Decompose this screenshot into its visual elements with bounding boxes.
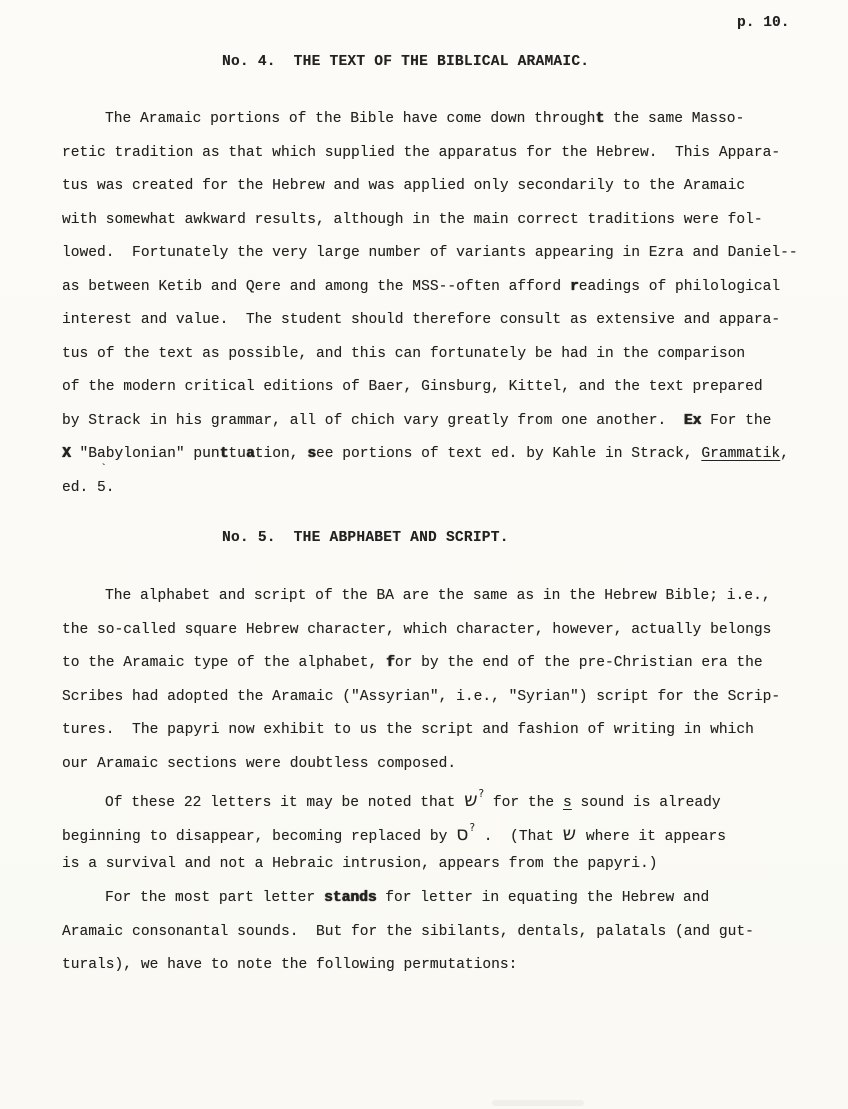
- text-line: by Strack in his grammar, all of chich v…: [62, 405, 798, 439]
- section-5-heading: No. 5. THE ABPHABET AND SCRIPT.: [222, 529, 509, 547]
- text-segment: where it appears: [577, 828, 726, 844]
- text-segment: For the: [701, 413, 771, 429]
- paragraph-permutations: For the most part letter stands for lett…: [62, 882, 754, 983]
- text-line: retic tradition as that which supplied t…: [62, 137, 798, 171]
- text-line: For the most part letter stands for lett…: [62, 882, 754, 916]
- overstrike-letter: a: [246, 446, 255, 462]
- text-segment: is a survival and not a Hebraic intrusio…: [62, 856, 658, 872]
- underlined-s: s: [563, 795, 572, 811]
- paragraph-text-tradition: The Aramaic portions of the Bible have c…: [62, 103, 798, 505]
- text-segment: as between Ketib and Qere and among the …: [62, 279, 570, 295]
- text-line: ed. 5.: [62, 472, 798, 506]
- text-line: interest and value. The student should t…: [62, 304, 798, 338]
- text-segment: ee portions of text ed. by Kahle in Stra…: [316, 446, 701, 462]
- text-line: lowed. Fortunately the very large number…: [62, 237, 798, 271]
- text-segment: . (That: [475, 828, 563, 844]
- query-superscript: ?: [469, 822, 475, 834]
- text-line: Scribes had adopted the Aramaic ("Assyri…: [62, 681, 780, 715]
- text-line: with somewhat awkward results, although …: [62, 204, 798, 238]
- text-line: turals), we have to note the following p…: [62, 949, 754, 983]
- struck-out-letter: X: [62, 446, 71, 462]
- text-segment: Of these 22 letters it may be noted that: [105, 795, 464, 811]
- overstrike-letter: f: [386, 655, 395, 671]
- text-line: is a survival and not a Hebraic intrusio…: [62, 848, 726, 882]
- text-segment: of the modern critical editions of Baer,…: [62, 379, 763, 395]
- text-line: Aramaic consonantal sounds. But for the …: [62, 916, 754, 950]
- overstrike-letter: r: [570, 279, 579, 295]
- page-number: p. 10.: [737, 15, 790, 31]
- text-segment: or by the end of the pre-Christian era t…: [395, 655, 763, 671]
- paragraph-alphabet-script: The alphabet and script of the BA are th…: [62, 580, 780, 781]
- text-line: X "Babylonian" punttuation, see portions…: [62, 438, 798, 472]
- text-segment: tus was created for the Hebrew and was a…: [62, 178, 745, 194]
- text-line: tures. The papyri now exhibit to us the …: [62, 714, 780, 748]
- text-line: to the Aramaic type of the alphabet, for…: [62, 647, 780, 681]
- document-page: p. 10. No. 4. THE TEXT OF THE BIBLICAL A…: [0, 0, 848, 1109]
- text-segment: turals), we have to note the following p…: [62, 957, 517, 973]
- text-segment: sound is already: [572, 795, 721, 811]
- text-line: of the modern critical editions of Baer,…: [62, 371, 798, 405]
- text-segment: the so-called square Hebrew character, w…: [62, 622, 771, 638]
- text-segment: tus of the text as possible, and this ca…: [62, 346, 745, 362]
- text-segment: The alphabet and script of the BA are th…: [105, 588, 771, 604]
- text-line: The Aramaic portions of the Bible have c…: [62, 103, 798, 137]
- text-segment: with somewhat awkward results, although …: [62, 212, 763, 228]
- underlined-title: Grammatik: [701, 446, 780, 462]
- text-segment: interest and value. The student should t…: [62, 312, 780, 328]
- paragraph-22-letters: Of these 22 letters it may be noted that…: [62, 781, 726, 882]
- hebrew-samekh-glyph: ס: [456, 822, 469, 844]
- text-segment: tion,: [255, 446, 308, 462]
- text-line: Of these 22 letters it may be noted that…: [62, 781, 726, 815]
- text-line: beginning to disappear, becoming replace…: [62, 815, 726, 849]
- text-segment: for the: [484, 795, 563, 811]
- stray-pen-mark: `: [100, 462, 107, 476]
- text-segment: tu: [228, 446, 246, 462]
- text-line: tus was created for the Hebrew and was a…: [62, 170, 798, 204]
- text-line: the so-called square Hebrew character, w…: [62, 614, 780, 648]
- text-segment: Scribes had adopted the Aramaic ("Assyri…: [62, 689, 780, 705]
- text-segment: beginning to disappear, becoming replace…: [62, 828, 456, 844]
- text-segment: Aramaic consonantal sounds. But for the …: [62, 924, 754, 940]
- text-line: our Aramaic sections were doubtless comp…: [62, 748, 780, 782]
- text-segment: For the most part letter: [105, 890, 324, 906]
- text-segment: eadings of philological: [579, 279, 780, 295]
- text-segment: ,: [780, 446, 789, 462]
- text-segment: ed. 5.: [62, 480, 115, 496]
- text-segment: for letter in equating the Hebrew and: [377, 890, 710, 906]
- text-segment: "Babylonian" pun: [71, 446, 220, 462]
- text-segment: The Aramaic portions of the Bible have c…: [105, 111, 595, 127]
- text-line: as between Ketib and Qere and among the …: [62, 271, 798, 305]
- text-segment: retic tradition as that which supplied t…: [62, 145, 780, 161]
- query-superscript: ?: [479, 788, 485, 800]
- text-segment: the same Masso-: [604, 111, 744, 127]
- struck-out-word: Ex: [684, 413, 702, 429]
- text-segment: tures. The papyri now exhibit to us the …: [62, 722, 754, 738]
- text-segment: our Aramaic sections were doubtless comp…: [62, 756, 456, 772]
- section-4-heading: No. 4. THE TEXT OF THE BIBLICAL ARAMAIC.: [222, 53, 589, 71]
- text-segment: by Strack in his grammar, all of chich v…: [62, 413, 684, 429]
- text-line: The alphabet and script of the BA are th…: [62, 580, 780, 614]
- text-segment: to the Aramaic type of the alphabet,: [62, 655, 386, 671]
- hebrew-shin-glyph: ש: [464, 789, 478, 811]
- text-line: tus of the text as possible, and this ca…: [62, 338, 798, 372]
- scan-smudge: [492, 1100, 584, 1106]
- hebrew-shin-glyph: ש: [563, 822, 577, 844]
- overstrike-letter: s: [307, 446, 316, 462]
- overstrike-letter: t: [595, 111, 604, 127]
- text-segment: lowed. Fortunately the very large number…: [62, 245, 798, 261]
- overstruck-word: stands: [324, 890, 377, 906]
